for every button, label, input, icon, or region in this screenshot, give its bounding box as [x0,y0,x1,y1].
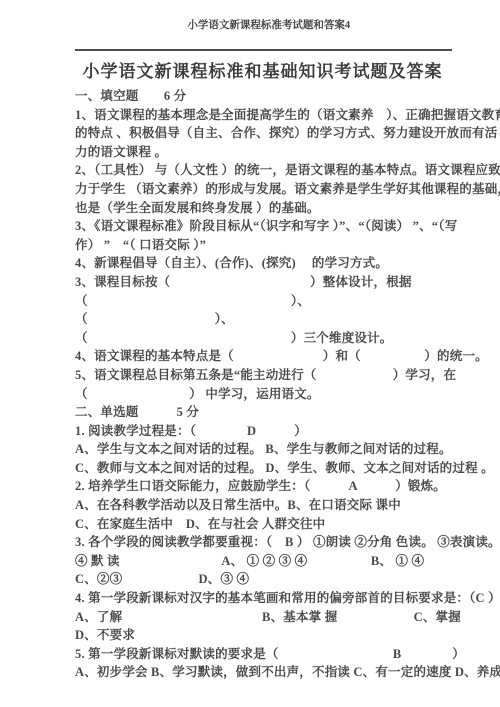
doc-line: C、教师与文本之间对话的过程。 D、学生、教师、文本之间对话的过程 。 [75,459,487,478]
doc-line: 2、（工具性） 与（人文性 ）的统一，是语文课程的基本特点。语文课程应致 [75,161,487,180]
doc-line: 3、《语文课程标准》阶段目标从“（识字和写字 ）”、“（阅读） ”、“（写 [75,217,487,236]
section-heading-single-choice: 二、单选题 5 分 [75,403,487,422]
doc-line: 的特点 、积极倡导（自主、合作、探究）的学习方式、努力建设开放而有活 [75,124,487,143]
doc-line: A、初步学会 B、学习默读，做到不出声，不指读 C、有一定的速度 D、养成 [75,663,487,682]
doc-line: 也是（学生全面发展和终身发展 ）的基础。 [75,199,487,218]
doc-line: A、学生与文本之间对话的过程。 B、学生与教师之间对话的过程。 [75,440,487,459]
doc-line: （ ） 中学习，运用语文。 [75,385,487,404]
doc-line: 3. 各个学段的阅读教学都要重视：（ B ） ①朗读 ②分角 色读。 ③表演读。 [75,533,487,552]
section-heading-fill-in: 一、填空题 6 分 [75,87,487,106]
doc-line: 3、课程目标按（ ）整体设计，根据 [75,273,487,292]
doc-line: 1、语文课程的基本理念是全面提高学生的（语文素养 ）、正确把握语文教育 [75,106,487,125]
page-header: 小学语文新课程标准考试题和答案4 [75,5,452,51]
doc-line: 4、语文课程的基本特点是（ ）和（ ）的统一。 [75,347,487,366]
doc-line: A、了解 B、基本掌 握 C、掌握 [75,608,487,627]
doc-line: 1. 阅读教学过程是：（ D ） [75,422,487,441]
doc-line: C、在家庭生活中 D、在与社会 人群交往中 [75,515,487,534]
doc-line: （ ）三个维度设计。 [75,329,487,348]
doc-line: ④ 默 读 A、 ① ② ③ ④ B、 ① ④ [75,552,487,571]
doc-line: D、不要求 [75,626,487,645]
doc-line: 2. 培养学生口语交际能力，应鼓励学生：（ A ）锻炼。 [75,477,487,496]
doc-line: 力于学生 （语文素养）的形成与发展。语文素养是学生学好其他课程的基础， [75,180,487,199]
doc-line: C、②③ D、③ ④ [75,570,487,589]
doc-line: 4. 第一学段新课标对汉字的基本笔画和常用的偏旁部首的目标要求是：（C ） [75,589,487,608]
doc-line: A、在各科教学活动以及日常生活中。B、在口语交际 课中 [75,496,487,515]
doc-line: 4、新课程倡导（自主）、(合作)、(探究) 的学习方式。 [75,254,487,273]
doc-line: 5. 第一学段新课标对默读的要求是（ B ） [75,645,487,664]
document-page: 小学语文新课程标准考试题和答案4 小学语文新课程标准和基础知识考试题及答案 一、… [0,0,500,707]
doc-line: 5、语文课程总目标第五条是“能主动进行（ ）学习，在 [75,366,487,385]
header-running-title: 小学语文新课程标准考试题和答案4 [187,20,350,31]
doc-line: 力的语文课程 。 [75,143,487,162]
document-body: 一、填空题 6 分 1、语文课程的基本理念是全面提高学生的（语文素养 ）、正确把… [75,87,487,682]
doc-line: 作） ” “（ 口语交际 ）” [75,236,487,255]
page-title: 小学语文新课程标准和基础知识考试题及答案 [25,57,500,82]
doc-line: （ ）、 [75,292,487,311]
doc-line: （ ）、 [75,310,487,329]
